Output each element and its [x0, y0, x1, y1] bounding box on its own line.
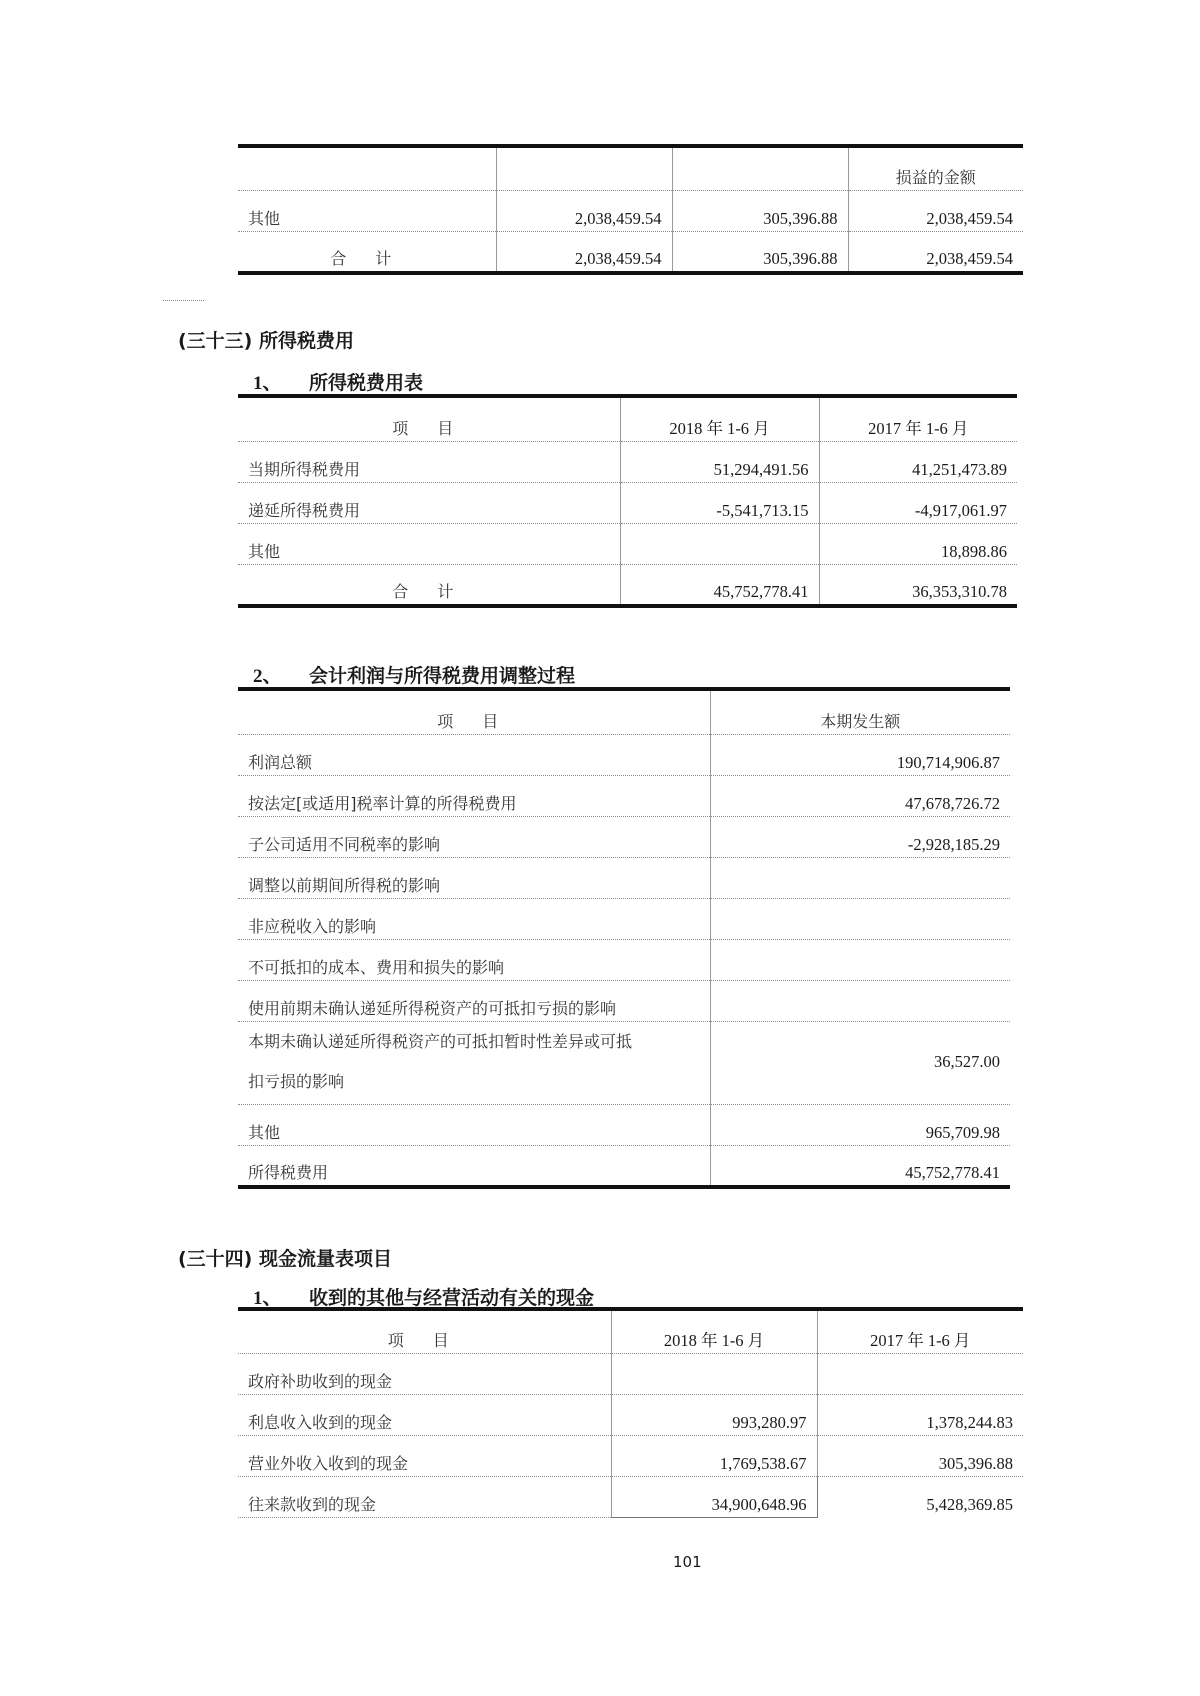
table-row: 往来款收到的现金 34,900,648.96 5,428,369.85 [238, 1476, 1023, 1517]
row-label: 往来款收到的现金 [238, 1476, 611, 1517]
subheading-title: 会计利润与所得税费用调整过程 [309, 665, 575, 687]
cell-value: -4,917,061.97 [819, 482, 1017, 523]
cell-value [611, 1353, 817, 1394]
page-number: 101 [673, 1553, 702, 1571]
subheading-number: 2、 [253, 661, 309, 688]
table-row: 调整以前期间所得税的影响 [238, 857, 1010, 898]
cell-value: -2,928,185.29 [710, 816, 1010, 857]
table-row: 利息收入收到的现金 993,280.97 1,378,244.83 [238, 1394, 1023, 1435]
cell-value: 190,714,906.87 [710, 734, 1010, 775]
table-row: 不可抵扣的成本、费用和损失的影响 [238, 939, 1010, 980]
table-row: 非应税收入的影响 [238, 898, 1010, 939]
row-label: 当期所得税费用 [238, 441, 620, 482]
cell-value [710, 857, 1010, 898]
header-cell [672, 146, 848, 190]
subheading-title: 收到的其他与经营活动有关的现金 [309, 1287, 594, 1309]
row-label: 使用前期未确认递延所得税资产的可抵扣亏损的影响 [238, 980, 710, 1021]
header-current-period: 本期发生额 [710, 689, 1010, 734]
table-row: 按法定[或适用]税率计算的所得税费用 47,678,726.72 [238, 775, 1010, 816]
subheading-title: 所得税费用表 [309, 372, 423, 394]
cell-value: 965,709.98 [710, 1104, 1010, 1145]
footnote-separator [163, 300, 204, 301]
cell-value: 41,251,473.89 [819, 441, 1017, 482]
section-heading-33: (三十三) 所得税费用 [178, 326, 354, 353]
cell-value: -5,541,713.15 [620, 482, 819, 523]
row-label: 其他 [238, 523, 620, 564]
subheading-number: 1、 [253, 1283, 309, 1310]
row-label-line1: 本期未确认递延所得税资产的可抵扣暂时性差异或可抵 [248, 1022, 700, 1062]
table-header-row: 项 目 2018 年 1-6 月 2017 年 1-6 月 [238, 396, 1017, 441]
table-row: 使用前期未确认递延所得税资产的可抵扣亏损的影响 [238, 980, 1010, 1021]
row-label: 政府补助收到的现金 [238, 1353, 611, 1394]
table-row: 子公司适用不同税率的影响 -2,928,185.29 [238, 816, 1010, 857]
row-label: 利润总额 [238, 734, 710, 775]
other-operating-cash-received-table: 项 目 2018 年 1-6 月 2017 年 1-6 月 政府补助收到的现金 … [238, 1307, 1023, 1518]
header-2017: 2017 年 1-6 月 [817, 1309, 1023, 1353]
table-row: 政府补助收到的现金 [238, 1353, 1023, 1394]
table-row: 其他 965,709.98 [238, 1104, 1010, 1145]
row-label: 其他 [238, 190, 496, 231]
subheading-income-tax-table: 1、所得税费用表 [253, 368, 423, 395]
cell-value: 2,038,459.54 [496, 190, 672, 231]
cell-value [817, 1353, 1023, 1394]
cell-value [620, 523, 819, 564]
cell-value [710, 980, 1010, 1021]
cell-value: 34,900,648.96 [611, 1476, 817, 1517]
row-label: 不可抵扣的成本、费用和损失的影响 [238, 939, 710, 980]
cell-value: 18,898.86 [819, 523, 1017, 564]
header-item: 项 目 [238, 689, 710, 734]
cell-value [710, 939, 1010, 980]
table-header-row: 项 目 2018 年 1-6 月 2017 年 1-6 月 [238, 1309, 1023, 1353]
header-item: 项 目 [238, 1309, 611, 1353]
cell-value: 36,527.00 [710, 1021, 1010, 1104]
cell-value: 305,396.88 [817, 1435, 1023, 1476]
cell-value: 1,769,538.67 [611, 1435, 817, 1476]
header-cell [496, 146, 672, 190]
table-header-row: 损益的金额 [238, 146, 1023, 190]
table-row: 其他 2,038,459.54 305,396.88 2,038,459.54 [238, 190, 1023, 231]
table-header-row: 项 目 本期发生额 [238, 689, 1010, 734]
row-label-multiline: 本期未确认递延所得税资产的可抵扣暂时性差异或可抵 扣亏损的影响 [238, 1021, 710, 1104]
cell-value: 45,752,778.41 [620, 564, 819, 606]
cell-value: 45,752,778.41 [710, 1145, 1010, 1187]
subheading-other-operating-cash-received: 1、收到的其他与经营活动有关的现金 [253, 1283, 594, 1310]
header-cell [238, 146, 496, 190]
cell-value: 5,428,369.85 [817, 1476, 1023, 1517]
row-label-line2: 扣亏损的影响 [248, 1062, 700, 1102]
total-label: 合 计 [238, 564, 620, 606]
subheading-profit-tax-reconciliation: 2、会计利润与所得税费用调整过程 [253, 661, 575, 688]
row-label: 递延所得税费用 [238, 482, 620, 523]
table-row: 所得税费用 45,752,778.41 [238, 1145, 1010, 1187]
row-label: 营业外收入收到的现金 [238, 1435, 611, 1476]
header-2017: 2017 年 1-6 月 [819, 396, 1017, 441]
table-row: 本期未确认递延所得税资产的可抵扣暂时性差异或可抵 扣亏损的影响 36,527.0… [238, 1021, 1010, 1104]
table-row: 递延所得税费用 -5,541,713.15 -4,917,061.97 [238, 482, 1017, 523]
cell-value: 1,378,244.83 [817, 1394, 1023, 1435]
table-total-row: 合 计 2,038,459.54 305,396.88 2,038,459.54 [238, 231, 1023, 273]
cell-value: 993,280.97 [611, 1394, 817, 1435]
table-row: 当期所得税费用 51,294,491.56 41,251,473.89 [238, 441, 1017, 482]
cell-value: 51,294,491.56 [620, 441, 819, 482]
row-label: 按法定[或适用]税率计算的所得税费用 [238, 775, 710, 816]
row-label: 子公司适用不同税率的影响 [238, 816, 710, 857]
table-total-row: 合 计 45,752,778.41 36,353,310.78 [238, 564, 1017, 606]
header-2018: 2018 年 1-6 月 [620, 396, 819, 441]
section-heading-34: (三十四) 现金流量表项目 [178, 1244, 392, 1271]
cell-value: 36,353,310.78 [819, 564, 1017, 606]
table-prev-continued: 损益的金额 其他 2,038,459.54 305,396.88 2,038,4… [238, 144, 1023, 275]
cell-value [710, 898, 1010, 939]
cell-value: 47,678,726.72 [710, 775, 1010, 816]
row-label: 所得税费用 [238, 1145, 710, 1187]
table-row: 利润总额 190,714,906.87 [238, 734, 1010, 775]
header-item: 项 目 [238, 396, 620, 441]
row-label: 非应税收入的影响 [238, 898, 710, 939]
row-label: 其他 [238, 1104, 710, 1145]
row-label: 利息收入收到的现金 [238, 1394, 611, 1435]
header-cell: 损益的金额 [848, 146, 1023, 190]
total-label: 合 计 [238, 231, 496, 273]
cell-value: 305,396.88 [672, 190, 848, 231]
cell-value: 2,038,459.54 [848, 231, 1023, 273]
subheading-number: 1、 [253, 368, 309, 395]
cell-value: 2,038,459.54 [848, 190, 1023, 231]
cell-value: 305,396.88 [672, 231, 848, 273]
table-row: 其他 18,898.86 [238, 523, 1017, 564]
table-row: 营业外收入收到的现金 1,769,538.67 305,396.88 [238, 1435, 1023, 1476]
income-tax-expense-table: 项 目 2018 年 1-6 月 2017 年 1-6 月 当期所得税费用 51… [238, 394, 1017, 608]
header-2018: 2018 年 1-6 月 [611, 1309, 817, 1353]
profit-tax-reconciliation-table: 项 目 本期发生额 利润总额 190,714,906.87 按法定[或适用]税率… [238, 687, 1010, 1189]
cell-value: 2,038,459.54 [496, 231, 672, 273]
row-label: 调整以前期间所得税的影响 [238, 857, 710, 898]
